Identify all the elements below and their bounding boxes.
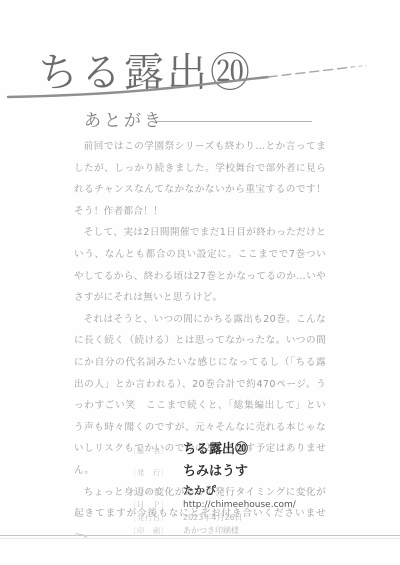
page-edge-line	[0, 535, 400, 539]
colophon-value-homepage-url: http://chimeehouse.com/	[183, 500, 296, 510]
afterword-paragraph: 前回ではこの学園祭シリーズも終わり…とか言ってましたが、しっかり続きました。学校…	[74, 136, 326, 222]
colophon-label-author: 〔発行者〕	[129, 487, 179, 497]
colophon-label-title: 〔題 名〕	[129, 446, 179, 456]
scanned-afterword-page: ちる露出⑳ あとがき 前回ではこの学園祭シリーズも終わり…とか言ってましたが、し…	[0, 0, 400, 565]
colophon-label-circle: 〔発 行〕	[129, 468, 179, 478]
colophon-label-homepage: 〔Ｈ Ｐ〕	[129, 500, 179, 510]
afterword-paragraph: そして、実は2日間開催でまだ1日目が終わっただけという、なんとも都合の良い設定に…	[74, 222, 326, 308]
afterword-heading: あとがき	[84, 106, 164, 131]
colophon-value-author: たかぴ	[183, 482, 216, 498]
colophon-row-author: 〔発行者〕 たかぴ	[129, 482, 369, 498]
colophon-row-circle: 〔発 行〕 ちみはうす	[129, 460, 369, 479]
colophon-row-pubdate: 〔発行日〕 2023年4月26日	[129, 512, 369, 523]
colophon: 〔題 名〕 ちる露出⑳ 〔発 行〕 ちみはうす 〔発行者〕 たかぴ 〔Ｈ Ｐ〕 …	[129, 438, 369, 539]
colophon-value-pubdate: 2023年4月26日	[183, 512, 243, 523]
colophon-row-title: 〔題 名〕 ちる露出⑳	[129, 438, 369, 457]
colophon-row-homepage: 〔Ｈ Ｐ〕 http://chimeehouse.com/	[129, 500, 369, 510]
colophon-label-pubdate: 〔発行日〕	[129, 513, 179, 523]
colophon-value-title: ちる露出⑳	[183, 438, 248, 457]
colophon-value-circle: ちみはうす	[183, 460, 248, 479]
afterword-heading-rule	[157, 121, 312, 122]
title-underline	[0, 58, 400, 104]
